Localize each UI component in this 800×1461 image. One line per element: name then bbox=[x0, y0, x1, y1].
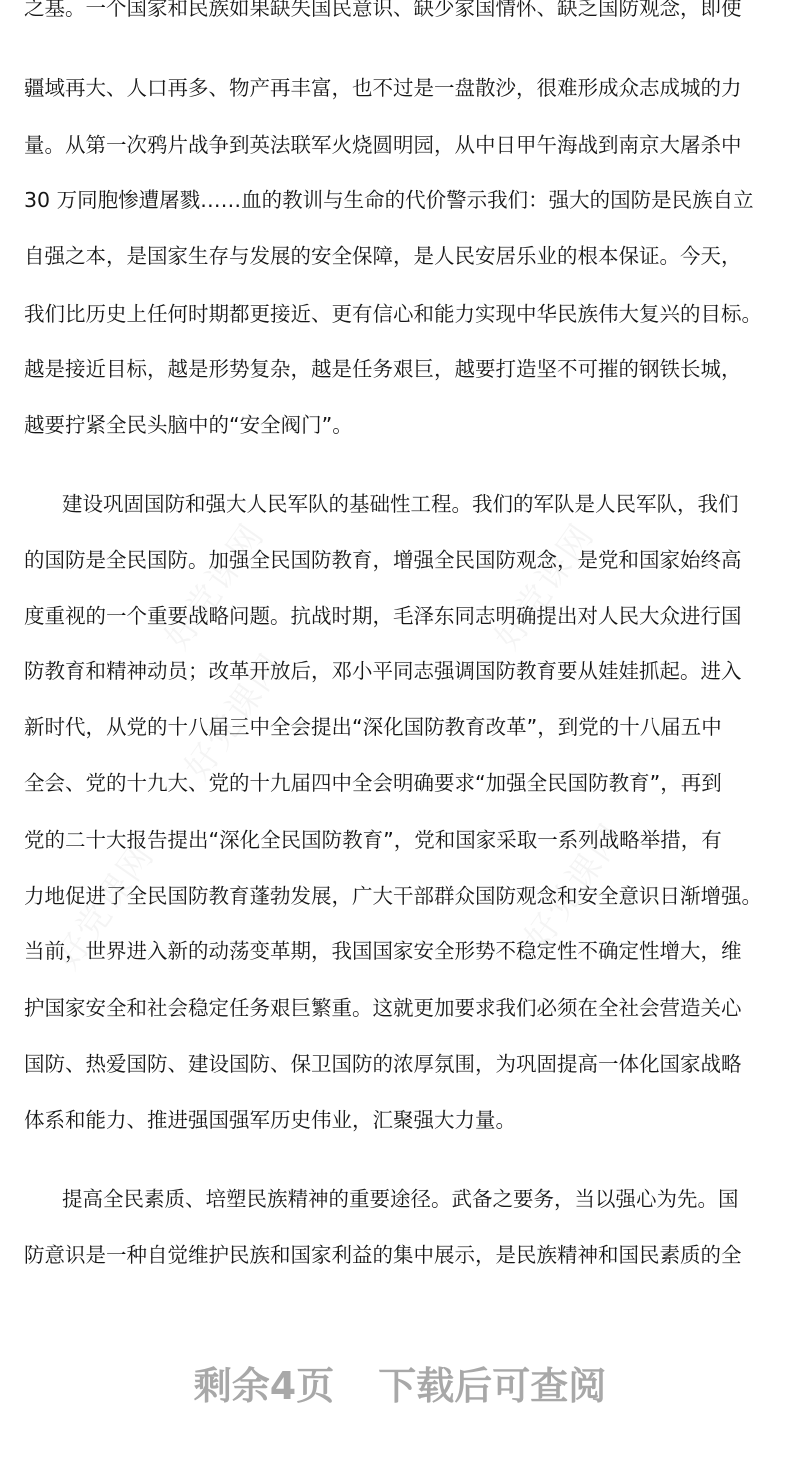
download-to-read-banner[interactable]: 剩余4页下载后可查阅 bbox=[0, 1356, 800, 1416]
text-line: 力地促进了全民国防教育蓬勃发展，广大干部群众国防观念和安全意识日渐增强。 bbox=[24, 882, 776, 910]
text-line: 30 万同胞惨遭屠戮……血的教训与生命的代价警示我们：强大的国防是民族自立 bbox=[24, 186, 776, 214]
text-line: 之基。一个国家和民族如果缺失国民意识、缺少家国情怀、缺乏国防观念，即使 bbox=[24, 0, 776, 22]
remaining-pages-label: 剩余4页 bbox=[194, 1356, 334, 1416]
document-page: 好党课网好党课网好党课网好党课网好党课网 之基。一个国家和民族如果缺失国民意识、… bbox=[0, 0, 800, 1461]
text-line: 疆域再大、人口再多、物产再丰富，也不过是一盘散沙，很难形成众志成城的力 bbox=[24, 74, 776, 102]
text-line: 的国防是全民国防。加强全民国防教育，增强全民国防观念，是党和国家始终高 bbox=[24, 546, 776, 574]
text-line: 当前，世界进入新的动荡变革期，我国国家安全形势不稳定性不确定性增大，维 bbox=[24, 937, 776, 965]
paragraph-start-line: 建设巩固国防和强大人民军队的基础性工程。我们的军队是人民军队，我们 bbox=[62, 490, 776, 518]
text-line: 量。从第一次鸦片战争到英法联军火烧圆明园，从中日甲午海战到南京大屠杀中 bbox=[24, 131, 776, 159]
text-line: 防教育和精神动员；改革开放后，邓小平同志强调国防教育要从娃娃抓起。进入 bbox=[24, 657, 776, 685]
text-line: 越是接近目标，越是形势复杂，越是任务艰巨，越要打造坚不可摧的钢铁长城， bbox=[24, 355, 776, 383]
text-line: 我们比历史上任何时期都更接近、更有信心和能力实现中华民族伟大复兴的目标。 bbox=[24, 300, 776, 328]
text-line: 越要拧紧全民头脑中的“安全阀门”。 bbox=[24, 411, 776, 439]
text-line: 国防、热爱国防、建设国防、保卫国防的浓厚氛围，为巩固提高一体化国家战略 bbox=[24, 1050, 776, 1078]
text-line: 党的二十大报告提出“深化全民国防教育”，党和国家采取一系列战略举措，有 bbox=[24, 826, 776, 854]
text-line: 体系和能力、推进强国强军历史伟业，汇聚强大力量。 bbox=[24, 1106, 776, 1134]
text-line: 新时代，从党的十八届三中全会提出“深化国防教育改革”，到党的十八届五中 bbox=[24, 713, 776, 741]
text-line: 自强之本，是国家生存与发展的安全保障，是人民安居乐业的根本保证。今天， bbox=[24, 242, 776, 270]
watermark-text: 好党课网 bbox=[481, 511, 604, 657]
text-line: 防意识是一种自觉维护民族和国家利益的集中展示，是民族精神和国民素质的全 bbox=[24, 1241, 776, 1269]
text-line: 全会、党的十九大、党的十九届四中全会明确要求“加强全民国防教育”，再到 bbox=[24, 769, 776, 797]
download-to-view-label[interactable]: 下载后可查阅 bbox=[378, 1356, 606, 1416]
text-line: 度重视的一个重要战略问题。抗战时期，毛泽东同志明确提出对人民大众进行国 bbox=[24, 602, 776, 630]
paragraph-start-line: 提高全民素质、培塑民族精神的重要途径。武备之要务，当以强心为先。国 bbox=[62, 1185, 776, 1213]
text-line: 护国家安全和社会稳定任务艰巨繁重。这就更加要求我们必须在全社会营造关心 bbox=[24, 994, 776, 1022]
watermark-text: 好党课网 bbox=[151, 511, 274, 657]
